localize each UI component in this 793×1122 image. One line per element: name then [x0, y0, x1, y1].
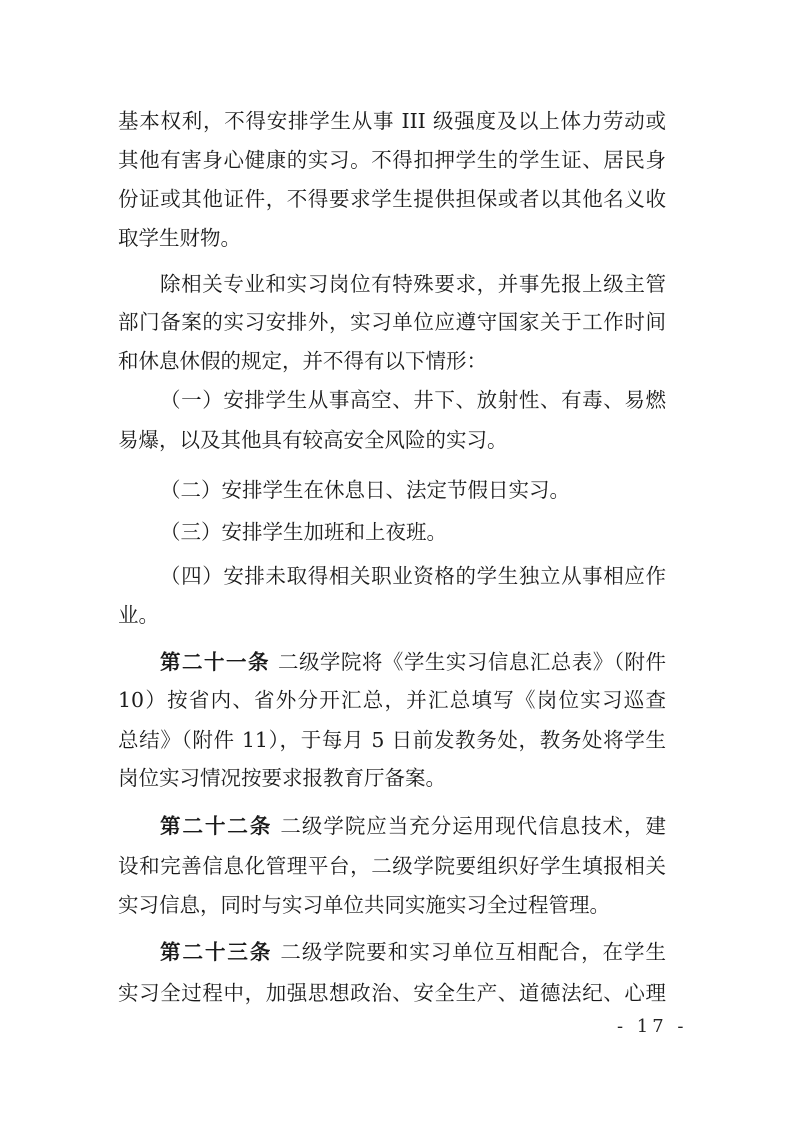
- text-line: 份证或其他证件，不得要求学生提供担保或者以其他名义收: [118, 186, 666, 212]
- list-item-line: 易爆，以及其他具有较高安全风险的实习。: [118, 427, 666, 453]
- document-page: 基本权利，不得安排学生从事 III 级强度及以上体力劳动或 其他有害身心健康的实…: [0, 0, 793, 1122]
- text-line: 10）按省内、省外分开汇总，并汇总填写《岗位实习巡查: [118, 687, 666, 713]
- list-item-line: （四）安排未取得相关职业资格的学生独立从事相应作: [160, 563, 666, 589]
- text-line: 总结》（附件 11），于每月 5 日前发教务处，教务处将学生: [118, 727, 666, 753]
- text-line: 其他有害身心健康的实习。不得扣押学生的学生证、居民身: [118, 147, 666, 173]
- list-item-line: （三）安排学生加班和上夜班。: [160, 519, 666, 545]
- text-line: 实习信息，同时与实习单位共同实施实习全过程管理。: [118, 892, 666, 918]
- text-line: 部门备案的实习安排外，实习单位应遵守国家关于工作时间: [118, 309, 666, 335]
- article-heading: 第二十二条: [160, 814, 272, 838]
- text-line: 取学生财物。: [118, 225, 666, 251]
- list-item-line: （二）安排学生在休息日、法定节假日实习。: [160, 477, 666, 503]
- article-heading: 第二十三条: [160, 940, 272, 964]
- article-21-first-line: 第二十一条二级学院将《学生实习信息汇总表》（附件: [160, 649, 666, 675]
- article-23-first-line: 第二十三条二级学院要和实习单位互相配合，在学生: [160, 939, 666, 965]
- text-line: 除相关专业和实习岗位有特殊要求，并事先报上级主管: [160, 271, 666, 297]
- article-22-first-line: 第二十二条二级学院应当充分运用现代信息技术，建: [160, 813, 666, 839]
- list-item-line: 业。: [118, 602, 666, 628]
- list-item-line: （一）安排学生从事高空、井下、放射性、有毒、易燃: [160, 387, 666, 413]
- article-text: 二级学院应当充分运用现代信息技术，建: [280, 814, 666, 838]
- text-line: 基本权利，不得安排学生从事 III 级强度及以上体力劳动或: [118, 108, 666, 134]
- article-text: 二级学院将《学生实习信息汇总表》（附件: [278, 650, 666, 674]
- page-number: - 17 -: [617, 1016, 688, 1037]
- text-line: 设和完善信息化管理平台，二级学院要组织好学生填报相关: [118, 853, 666, 879]
- text-line: 和休息休假的规定，并不得有以下情形：: [118, 348, 666, 374]
- article-heading: 第二十一条: [160, 650, 270, 674]
- article-text: 二级学院要和实习单位互相配合，在学生: [280, 940, 666, 964]
- text-line: 岗位实习情况按要求报教育厅备案。: [118, 765, 666, 791]
- text-line: 实习全过程中，加强思想政治、安全生产、道德法纪、心理: [118, 980, 666, 1006]
